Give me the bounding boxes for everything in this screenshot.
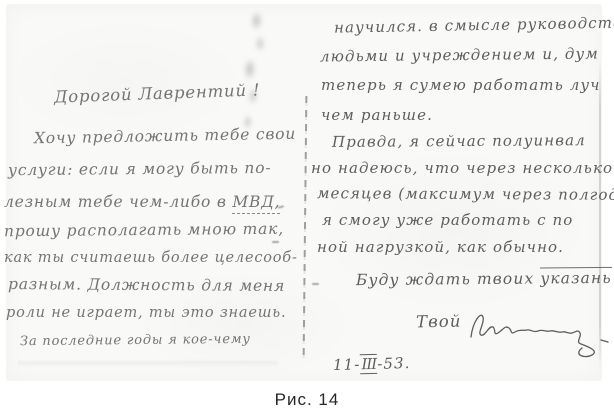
letter-date: 11-III-53. bbox=[333, 356, 411, 373]
letter-line: Правда, я сейчас полуинвал bbox=[332, 133, 586, 150]
letter-line-text: Буду ждать твоих bbox=[356, 270, 540, 290]
paper-bottom-shadow bbox=[18, 361, 278, 368]
signature-scribble bbox=[463, 303, 613, 361]
crease-speck bbox=[312, 283, 319, 285]
letter-line: месяцев (максимум через полгода bbox=[317, 186, 614, 203]
letter-line: За последние годы я кое-чему bbox=[20, 333, 251, 348]
letter-line: чем раньше. bbox=[321, 108, 433, 123]
underlined-word-mvd: МВД, bbox=[232, 193, 280, 214]
overlined-word: указань bbox=[540, 267, 612, 288]
date-year: -53. bbox=[377, 354, 411, 373]
letter-line: прошу располагать мною так, bbox=[4, 222, 284, 240]
letter-closing: Твой bbox=[416, 314, 462, 331]
letter-line: теперь я сумею работать луч bbox=[321, 78, 601, 93]
date-day: 11- bbox=[333, 355, 361, 374]
letter-line-text: лезным тебе чем-либо в bbox=[4, 193, 232, 211]
letter-line: но надеюсь, что через несколько bbox=[311, 161, 613, 176]
figure-caption: Рис. 14 bbox=[0, 390, 614, 410]
letter-line: ной нагрузкой, как обычно. bbox=[317, 240, 564, 255]
letter-line: услуги: если я могу быть по- bbox=[8, 161, 271, 179]
crease-speck bbox=[272, 241, 279, 243]
letter-line: как ты считаешь более целесооб- bbox=[4, 251, 298, 266]
letter-line: разным. Должность для меня bbox=[8, 277, 285, 294]
letter-line: лезным тебе чем-либо в МВД, bbox=[4, 195, 280, 211]
figure-14-scanned-letter: Дорогой Лаврентий ! Хочу предложить тебе… bbox=[0, 0, 614, 419]
letter-line: людьми и учреждением и, дум bbox=[320, 47, 599, 65]
letter-line: роли не играет, ты это знаешь. bbox=[6, 306, 286, 321]
letter-line: Буду ждать твоих указань bbox=[356, 271, 612, 289]
letter-line: я смогу уже работать с по bbox=[322, 213, 573, 228]
date-roman-month: III bbox=[360, 354, 377, 374]
